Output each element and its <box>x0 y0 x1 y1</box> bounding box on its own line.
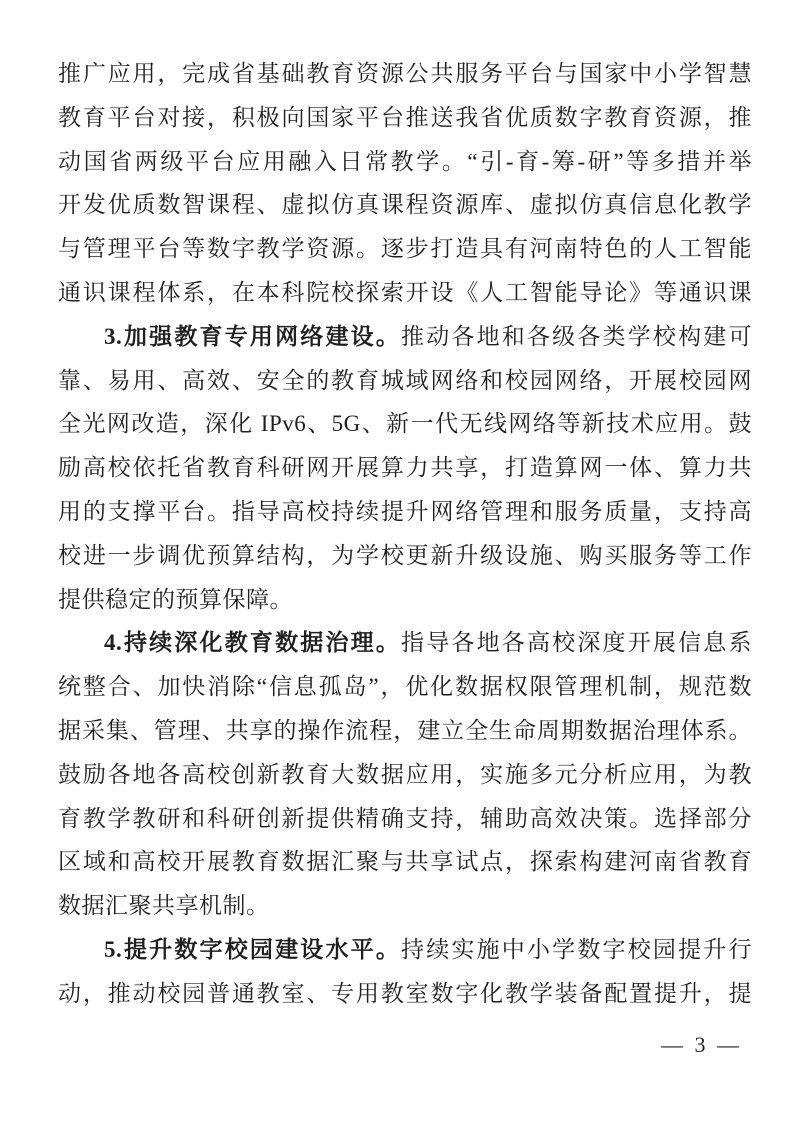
text-line: 推广应用，完成省基础教育资源公共服务平台与国家中小学智慧 <box>58 52 752 96</box>
text-line: 与管理平台等数字教学资源。逐步打造具有河南特色的人工智能 <box>58 227 752 271</box>
section-heading: 3.加强教育专用网络建设。 <box>104 324 401 349</box>
text-line-section-start: 5.提升数字校园建设水平。持续实施中小学数字校园提升行 <box>58 928 752 972</box>
text-line: 通识课程体系，在本科院校探索开设《人工智能导论》等通识课程。 <box>58 271 752 315</box>
text-line-section-start: 3.加强教育专用网络建设。推动各地和各级各类学校构建可 <box>58 315 752 359</box>
text-line: 全光网改造，深化 IPv6、5G、新一代无线网络等新技术应用。鼓 <box>58 402 752 446</box>
text-line: 用的支撑平台。指导高校持续提升网络管理和服务质量，支持高 <box>58 490 752 534</box>
section-heading: 4.持续深化教育数据治理。 <box>104 630 401 655</box>
text-line: 鼓励各地各高校创新教育大数据应用，实施多元分析应用，为教 <box>58 753 752 797</box>
text-line-section-start: 4.持续深化教育数据治理。指导各地各高校深度开展信息系 <box>58 621 752 665</box>
text-block: 推广应用，完成省基础教育资源公共服务平台与国家中小学智慧教育平台对接，积极向国家… <box>58 52 752 1016</box>
text-line: 数据汇聚共享机制。 <box>58 884 752 928</box>
text-line: 统整合、加快消除“信息孤岛”，优化数据权限管理机制，规范数 <box>58 665 752 709</box>
section-heading: 5.提升数字校园建设水平。 <box>104 937 401 962</box>
text-line: 育教学教研和科研创新提供精确支持，辅助高效决策。选择部分 <box>58 797 752 841</box>
document-page: 推广应用，完成省基础教育资源公共服务平台与国家中小学智慧教育平台对接，积极向国家… <box>0 0 800 1123</box>
text-line: 励高校依托省教育科研网开展算力共享，打造算网一体、算力共 <box>58 446 752 490</box>
text-line: 据采集、管理、共享的操作流程，建立全生命周期数据治理体系。 <box>58 709 752 753</box>
text-line: 动国省两级平台应用融入日常教学。“引-育-筹-研”等多措并举 <box>58 140 752 184</box>
text-line: 区域和高校开展教育数据汇聚与共享试点，探索构建河南省教育 <box>58 840 752 884</box>
text-line: 动，推动校园普通教室、专用教室数字化教学装备配置提升，提 <box>58 972 752 1016</box>
text-line: 教育平台对接，积极向国家平台推送我省优质数字教育资源，推 <box>58 96 752 140</box>
text-line: 开发优质数智课程、虚拟仿真课程资源库、虚拟仿真信息化教学 <box>58 183 752 227</box>
text-line: 靠、易用、高效、安全的教育城域网络和校园网络，开展校园网 <box>58 359 752 403</box>
text-line: 提供稳定的预算保障。 <box>58 578 752 622</box>
text-line: 校进一步调优预算结构，为学校更新升级设施、购买服务等工作 <box>58 534 752 578</box>
page-number: — 3 — <box>661 1031 742 1059</box>
